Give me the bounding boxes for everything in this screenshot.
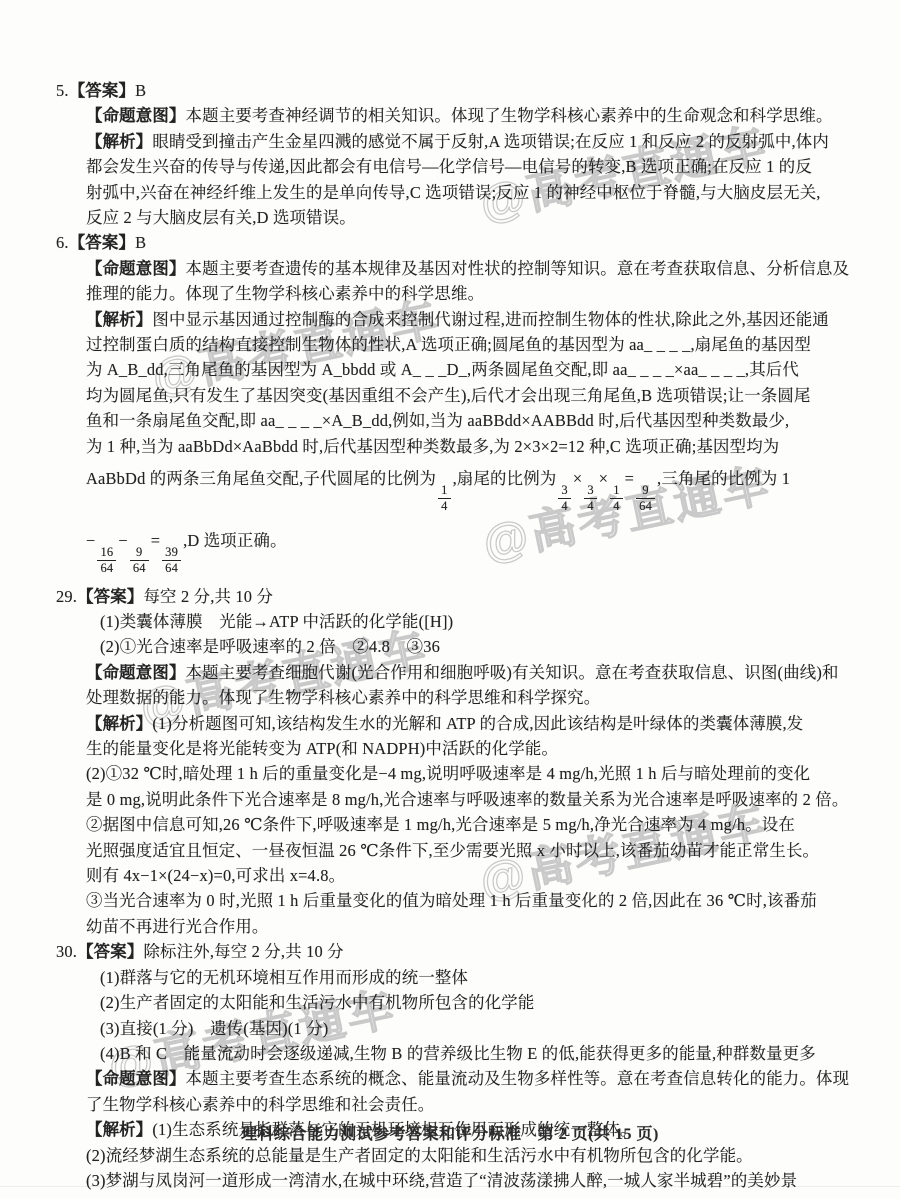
text-line: 【命题意图】本题主要考查细胞代谢(光合作用和细胞呼吸)有关知识。意在考查获取信息…	[86, 660, 860, 685]
text-line: 【命题意图】本题主要考查神经调节的相关知识。体现了生物学科核心素养中的生命观念和…	[86, 103, 860, 128]
text-line: −1664−964=3964,D 选项正确。	[86, 521, 860, 583]
page-footer: 理科综合能力测试参考答案和评分标准第 2 页(共 15 页)	[0, 1121, 900, 1144]
text-line: (2)流经梦湖生态系统的总能量是生产者固定的太阳能和生活污水中有机物所包含的化学…	[86, 1143, 860, 1168]
section-header: 【答案】	[77, 587, 143, 606]
fraction: 3964	[162, 546, 181, 575]
text-line: (3)直接(1 分) 遗传(基因)(1 分)	[100, 1016, 860, 1041]
text-line: 光照强度适宜且恒定、一昼夜恒温 26 ℃条件下,至少需要光照 x 小时以上,该番…	[86, 838, 860, 863]
text-line: (2)①32 ℃时,暗处理 1 h 后的重量变化是−4 mg,说明呼吸速率是 4…	[86, 761, 860, 786]
text-line: 推理的能力。体现了生物学科核心素养中的科学思维。	[86, 281, 860, 306]
fraction: 964	[636, 484, 655, 513]
text-line: ③当光合速率为 0 时,光照 1 h 后重量变化的值为暗处理 1 h 后重量变化…	[86, 888, 860, 913]
text-line: 过控制蛋白质的结构直接控制生物体的性状,A 选项正确;圆尾鱼的基因型为 aa_ …	[86, 332, 860, 357]
section-header: 【解析】	[86, 310, 152, 329]
text-line: 【命题意图】本题主要考查遗传的基本规律及基因对性状的控制等知识。意在考查获取信息…	[86, 256, 860, 281]
section-header: 【答案】	[69, 81, 135, 100]
section-header: 【命题意图】	[86, 106, 186, 125]
section-header: 【命题意图】	[86, 663, 186, 682]
section-header: 【答案】	[69, 233, 135, 252]
text-line: 均为圆尾鱼,只有发生了基因突变(基因重组不会产生),后代才会出现三角尾鱼,B 选…	[86, 383, 860, 408]
text-line: 为 1 种,当为 aaBbDd×AaBbdd 时,后代基因型种类数最多,为 2×…	[86, 434, 860, 459]
text-line: 鱼和一条扇尾鱼交配,即 aa_ _ _ _×A_B_dd,例如,当为 aaBBd…	[86, 408, 860, 433]
text-line: AaBbDd 的两条三角尾鱼交配,子代圆尾的比例为14,扇尾的比例为34×34×…	[86, 459, 860, 521]
section-header: 【命题意图】	[86, 259, 186, 278]
text-line: 射弧中,兴奋在神经纤维上发生的是单向传导,C 选项错误;反应 1 的神经中枢位于…	[86, 180, 860, 205]
footer-page-number: 第 2 页(共 15 页)	[538, 1126, 659, 1143]
text-line: 【解析】眼睛受到撞击产生金星四溅的感觉不属于反射,A 选项错误;在反应 1 和反…	[86, 129, 860, 154]
text-line: 生的能量变化是将光能转变为 ATP(和 NADPH)中活跃的化学能。	[86, 736, 860, 761]
text-line: (3)梦湖与凤岗河一道形成一湾清水,在城中环绕,营造了“清波荡漾拂人醉,一城人家…	[86, 1168, 860, 1193]
fraction: 34	[584, 484, 596, 513]
fraction: 14	[438, 484, 450, 513]
footer-doc-title: 理科综合能力测试参考答案和评分标准	[241, 1126, 522, 1143]
fraction: 14	[610, 484, 622, 513]
text-line: (1)类囊体薄膜 光能→ATP 中活跃的化学能([H])	[100, 609, 860, 634]
text-line: 则有 4x−1×(24−x)=0,可求出 x=4.8。	[86, 863, 860, 888]
text-line: 了生物学科核心素养中的科学思维和社会责任。	[86, 1092, 860, 1117]
text-line: 30.【答案】除标注外,每空 2 分,共 10 分	[56, 939, 860, 964]
text-line: 处理数据的能力。体现了生物学科核心素养中的科学思维和科学探究。	[86, 685, 860, 710]
fraction: 1664	[97, 546, 116, 575]
text-line: ②据图中信息可知,26 ℃条件下,呼吸速率是 1 mg/h,光合速率是 5 mg…	[86, 812, 860, 837]
section-header: 【解析】	[86, 714, 152, 733]
text-line: 【命题意图】本题主要考查生态系统的概念、能量流动及生物多样性等。意在考查信息转化…	[86, 1066, 860, 1091]
text-line: 是 0 mg,说明此条件下光合速率是 8 mg/h,光合速率与呼吸速率的数量关系…	[86, 787, 860, 812]
text-line: 为 A_B_dd,三角尾鱼的基因型为 A_bbdd 或 A_ _ _D_,两条圆…	[86, 357, 860, 382]
fraction: 34	[558, 484, 570, 513]
section-header: 【命题意图】	[86, 1069, 186, 1088]
text-line: 6.【答案】B	[56, 230, 860, 255]
text-line: 29.【答案】每空 2 分,共 10 分	[56, 584, 860, 609]
text-line: 都会发生兴奋的传导与传递,因此都会有电信号—化学信号—电信号的转变,B 选项正确…	[86, 154, 860, 179]
document-body: 5.【答案】B【命题意图】本题主要考查神经调节的相关知识。体现了生物学科核心素养…	[0, 78, 900, 1193]
text-line: (2)①光合速率是呼吸速率的 2 倍 ②4.8 ③36	[100, 634, 860, 659]
fraction: 964	[130, 546, 149, 575]
text-line: 5.【答案】B	[56, 78, 860, 103]
text-line: 幼苗不再进行光合作用。	[86, 914, 860, 939]
text-line: (4)B 和 C 能量流动时会逐级递减,生物 B 的营养级比生物 E 的低,能获…	[100, 1041, 860, 1066]
section-header: 【答案】	[77, 942, 143, 961]
text-line: 反应 2 与大脑皮层有关,D 选项错误。	[86, 205, 860, 230]
section-header: 【解析】	[86, 132, 152, 151]
text-line: 【解析】(1)分析题图可知,该结构发生水的光解和 ATP 的合成,因此该结构是叶…	[86, 711, 860, 736]
text-line: 【解析】图中显示基因通过控制酶的合成来控制代谢过程,进而控制生物体的性状,除此之…	[86, 307, 860, 332]
text-line: (1)群落与它的无机环境相互作用而形成的统一整体	[100, 965, 860, 990]
text-line: (2)生产者固定的太阳能和生活污水中有机物所包含的化学能	[100, 990, 860, 1015]
scanned-answer-key-page: @高考直通车 @高考直通车 @高考直通车 @高考直通车 @高考直通车 @高考直通…	[0, 0, 900, 1199]
